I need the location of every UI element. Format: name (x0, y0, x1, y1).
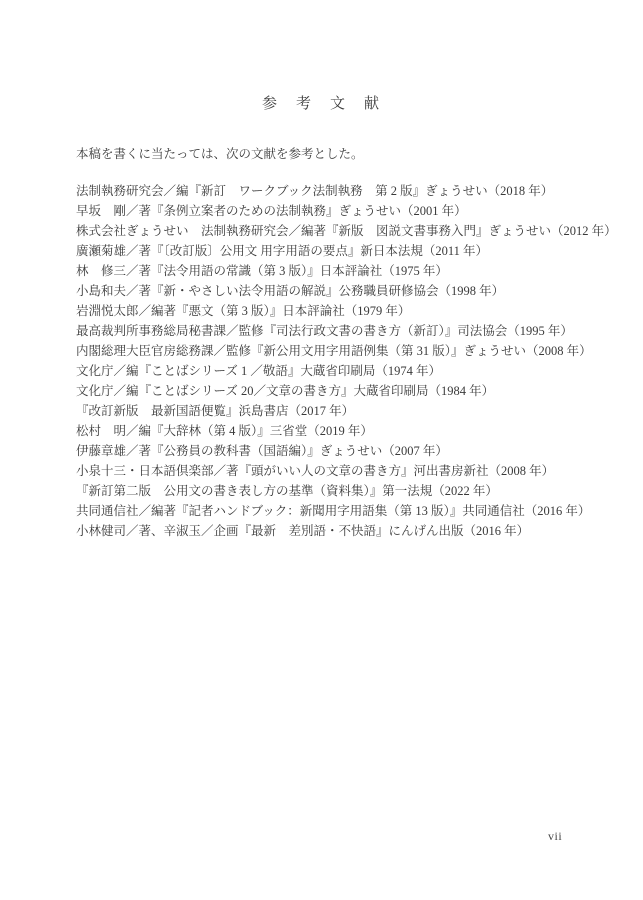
reference-entry: 小泉十三・日本語倶楽部／著『頭がいい人の文章の書き方』河出書房新社（2008 年… (76, 461, 613, 481)
reference-entry: 廣瀬菊雄／著『〔改訂版〕公用文 用字用語の要点』新日本法規（2011 年） (76, 241, 613, 261)
reference-entry: 林 修三／著『法令用語の常識（第 3 版）』日本評論社（1975 年） (76, 261, 613, 281)
reference-entry: 伊藤章雄／著『公務員の教科書（国語編）』ぎょうせい（2007 年） (76, 441, 613, 461)
reference-entry: 松村 明／編『大辞林（第 4 版）』三省堂（2019 年） (76, 421, 613, 441)
reference-entry: 早坂 剛／著『条例立案者のための法制執務』ぎょうせい（2001 年） (76, 201, 613, 221)
reference-entry: 法制執務研究会／編『新訂 ワークブック法制執務 第 2 版』ぎょうせい（2018… (76, 181, 613, 201)
reference-list: 法制執務研究会／編『新訂 ワークブック法制執務 第 2 版』ぎょうせい（2018… (76, 181, 613, 541)
reference-entry: 共同通信社／編著『記者ハンドブック：新聞用字用語集（第 13 版）』共同通信社（… (76, 501, 613, 521)
reference-entry: 最高裁判所事務総局秘書課／監修『司法行政文書の書き方（新訂）』司法協会（1995… (76, 321, 613, 341)
document-page: 参 考 文 献 本稿を書くに当たっては、次の文献を参考とした。 法制執務研究会／… (0, 0, 643, 900)
intro-paragraph: 本稿を書くに当たっては、次の文献を参考とした。 (76, 144, 593, 164)
reference-entry: 岩淵悦太郎／編著『悪文（第 3 版）』日本評論社（1979 年） (76, 301, 613, 321)
reference-entry: 『改訂新版 最新国語便覧』浜島書店（2017 年） (76, 401, 613, 421)
reference-entry: 小島和夫／著『新・やさしい法令用語の解説』公務職員研修協会（1998 年） (76, 281, 613, 301)
reference-entry: 文化庁／編『ことばシリーズ 20／文章の書き方』大蔵省印刷局（1984 年） (76, 381, 613, 401)
reference-entry: 文化庁／編『ことばシリーズ 1 ／敬語』大蔵省印刷局（1974 年） (76, 361, 613, 381)
reference-entry: 株式会社ぎょうせい 法制執務研究会／編著『新版 図説文書事務入門』ぎょうせい（2… (76, 221, 613, 241)
reference-entry: 内閣総理大臣官房総務課／監修『新公用文用字用語例集（第 31 版）』ぎょうせい（… (76, 341, 613, 361)
reference-entry: 小林健司／著、辛淑玉／企画『最新 差別語・不快語』にんげん出版（2016 年） (76, 521, 613, 541)
reference-entry: 『新訂第二版 公用文の書き表し方の基準（資料集）』第一法規（2022 年） (76, 481, 613, 501)
page-number: vii (548, 829, 562, 844)
page-title: 参 考 文 献 (0, 92, 643, 113)
